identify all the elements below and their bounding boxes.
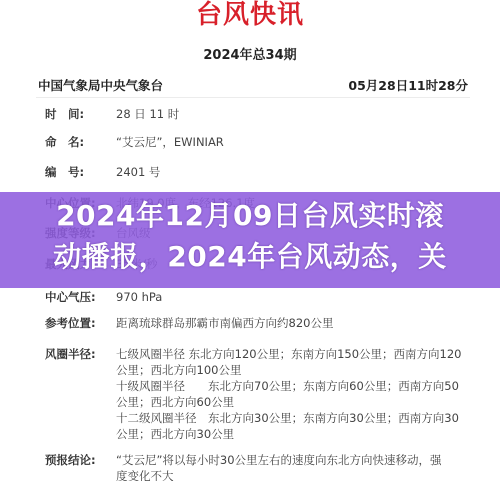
field-value: 2401 号 xyxy=(116,164,461,180)
field-label: 时 间: xyxy=(45,106,115,122)
field-label: 命 名: xyxy=(45,134,115,150)
issue-number: 2024年总34期 xyxy=(0,44,500,63)
headline-text: 2024年12月09日台风实时滚 动播报，2024年台风动态，关 xyxy=(0,195,500,277)
wind-radius-line: 公里；西北方向100公里 xyxy=(116,362,461,378)
field-label: 参考位置: xyxy=(45,315,115,331)
forecast-line: 度变化不大 xyxy=(116,468,461,481)
header-row: 中国气象局中央气象台 05月28日11时28分 xyxy=(36,73,470,98)
organization: 中国气象局中央气象台 xyxy=(38,76,163,94)
wind-radius-line: 十级风圈半径 东北方向70公里；东南方向60公里；西南方向50 xyxy=(116,378,461,394)
headline-line-2: 动播报，2024年台风动态，关 xyxy=(0,236,500,277)
field-value: “艾云尼”，EWINIAR xyxy=(116,134,461,150)
field-value: “艾云尼”将以每小时30公里左右的速度向东北方向快速移动，强 度变化不大 xyxy=(116,452,461,481)
forecast-line: “艾云尼”将以每小时30公里左右的速度向东北方向快速移动，强 xyxy=(116,452,461,468)
field-value: 970 hPa xyxy=(116,289,461,305)
wind-radius-line: 十二级风圈半径 东北方向30公里；东南方向30公里；西南方向30 xyxy=(116,410,461,426)
field-value: 距离琉球群岛那霸市南偏西方向约820公里 xyxy=(116,315,461,331)
field-label: 中心气压: xyxy=(45,289,115,305)
wind-radius-line: 公里；西北方向60公里 xyxy=(116,394,461,410)
wind-radius-line: 公里；西北方向30公里 xyxy=(116,426,461,442)
wind-radius-line: 七级风圈半径 东北方向120公里；东南方向150公里；西南方向120 xyxy=(116,346,461,362)
field-label: 风圈半径: xyxy=(45,346,115,362)
headline-line-1: 2024年12月09日台风实时滚 xyxy=(0,195,500,236)
field-label: 编 号: xyxy=(45,164,115,180)
field-label: 预报结论: xyxy=(45,452,115,468)
field-value: 七级风圈半径 东北方向120公里；东南方向150公里；西南方向120 公里；西北… xyxy=(116,346,461,442)
issued-time: 05月28日11时28分 xyxy=(348,76,468,94)
page-title: 台风快讯 xyxy=(0,0,500,31)
field-value: 28 日 11 时 xyxy=(116,106,461,122)
